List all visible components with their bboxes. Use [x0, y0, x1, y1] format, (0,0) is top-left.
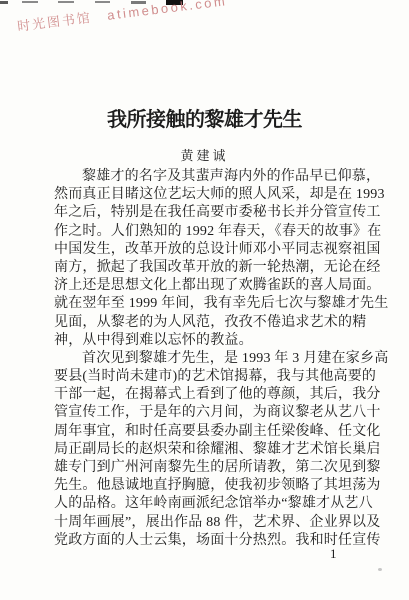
body-line: 年之后，特别是在我任高要市委秘书长并分管宣传工 — [54, 204, 356, 222]
body-line: 先生。他恳诚地直抒胸臆，使我初步领略了其坦荡为 — [54, 477, 356, 495]
body-line: 雄专门到广州河南黎先生的居所请教，第二次见到黎 — [54, 459, 356, 477]
body-line: 周年事宜，和时任高要县委办副主任梁俊峰、任文化 — [54, 423, 356, 441]
body-line: 南方，掀起了我国改革开放的新一轮热潮，无论在经 — [54, 259, 356, 277]
scan-artifact-mark — [58, 1, 74, 3]
watermark-domain: atimebook.com — [106, 0, 228, 23]
body-line: 黎雄才的名字及其蜚声海内外的作品早已仰慕， — [54, 168, 356, 186]
body-line: 神，从中得到难以忘怀的教益。 — [54, 332, 356, 350]
body-line: 要县(当时尚未建市)的艺术馆揭幕，我与其他高要的 — [54, 368, 356, 386]
body-line: 管宣传工作，于是年的六月间，为商议黎老从艺八十 — [54, 404, 356, 422]
article-author: 黄建诚 — [0, 145, 409, 164]
scan-artifact-mark — [0, 1, 8, 4]
body-line: 就在翌年至 1999 年间，我有幸先后七次与黎雄才先生 — [54, 295, 356, 313]
body-line: 党政方面的人士云集，场面十分热烈。我和时任宣传 — [54, 532, 356, 550]
article-body: 黎雄才的名字及其蜚声海内外的作品早已仰慕， 然而真正目睹这位艺坛大师的照人风采，… — [54, 168, 356, 550]
body-line: 十周年画展”，展出作品 88 件，艺术界、企业界以及 — [54, 514, 356, 532]
body-line: 局正副局长的赵炽荣和徐耀湘、黎雄才艺术馆长巢启 — [54, 441, 356, 459]
page-number: 1 — [330, 546, 337, 562]
body-line: 首次见到黎雄才先生，是 1993 年 3 月建在家乡高 — [54, 350, 356, 368]
body-line: 人的品格。这年岭南画派纪念馆举办“黎雄才从艺八 — [54, 495, 356, 513]
body-line: 作之时。人们熟知的 1992 年春天，《春天的故事》在 — [54, 223, 356, 241]
scan-speck — [378, 568, 382, 571]
watermark-site-name: 时光图书馆 — [16, 10, 92, 34]
body-line: 济上还是思想文化上都出现了欢腾雀跃的喜人局面。 — [54, 277, 356, 295]
scanned-book-page: 时光图书馆 atimebook.com 我所接触的黎雄才先生 黄建诚 黎雄才的名… — [0, 0, 409, 600]
scan-artifact-mark — [95, 1, 110, 3]
body-line: 然而真正目睹这位艺坛大师的照人风采，却是在 1993 — [54, 186, 356, 204]
body-line: 中国发生，改革开放的总设计师邓小平同志视察祖国 — [54, 241, 356, 259]
scan-artifact-mark — [22, 1, 38, 3]
body-line: 干部一起，在揭幕式上看到了他的尊颜，其后，我分 — [54, 386, 356, 404]
article-title: 我所接触的黎雄才先生 — [0, 103, 409, 132]
body-line: 见面，从黎老的为人风范，孜孜不倦追求艺术的精 — [54, 314, 356, 332]
